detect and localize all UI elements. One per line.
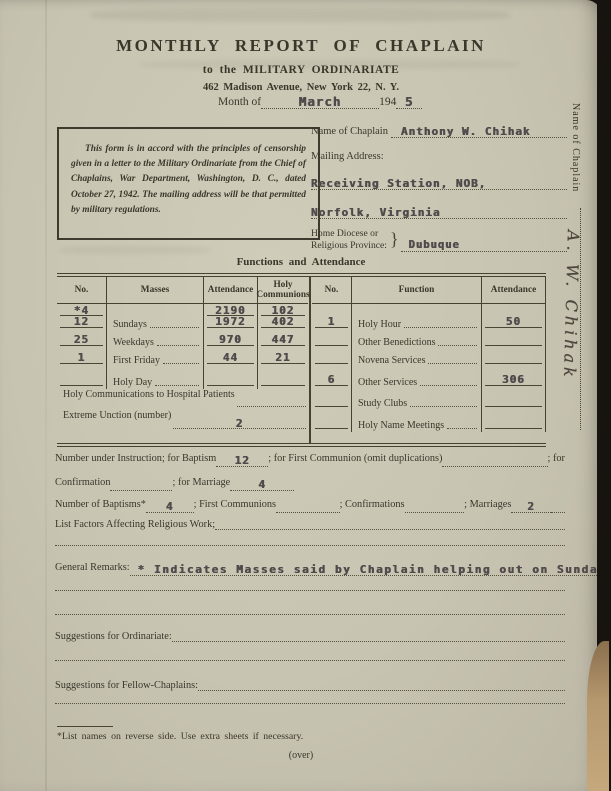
cell-label: Other Services <box>352 367 482 389</box>
cell-label: First Friday <box>107 349 204 367</box>
row-other-benedictions: Other Benedictions <box>312 331 546 349</box>
row-hospital-communions: Holy Communications to Hospital Patients <box>57 389 308 410</box>
baptisms-field: 4 <box>146 499 194 513</box>
row-label: Holy Communications to Hospital Patients <box>63 389 235 400</box>
year-prefix: 194 <box>379 96 396 108</box>
side-name-of-chaplain-label: Name of Chaplain <box>570 103 581 192</box>
cell-communions: 447 <box>258 331 308 349</box>
diocese-value: Dubuque <box>409 239 460 251</box>
cell-label: Study Clubs <box>352 389 482 410</box>
fellow-chaplains-field <box>198 690 565 691</box>
month-value: March <box>299 94 342 109</box>
value-attendance: 50 <box>482 315 545 328</box>
center-double-divider <box>309 277 311 443</box>
marriage-instruction-field: 4 <box>230 477 294 491</box>
chaplain-signature: A. W. Chihak <box>560 230 583 381</box>
cell-no: 1 <box>57 349 107 367</box>
cell-attendance <box>482 389 546 410</box>
continuation-line <box>55 660 565 661</box>
ordinariate-line: Suggestions for Ordinariate: <box>55 631 565 642</box>
fellow-chaplains-label: Suggestions for Fellow-Chaplains: <box>55 680 198 691</box>
cell-label: Weekdays <box>107 331 204 349</box>
row-other-services: 6 Other Services 306 <box>312 367 546 389</box>
form-header: MONTHLY REPORT OF CHAPLAIN to the MILITA… <box>37 0 565 93</box>
cell-label: Other Benedictions <box>352 331 482 349</box>
row-sundays: *4 12 Sundays 2190 1972 102 402 <box>57 304 308 331</box>
address-value-1: Receiving Station, NOB, <box>311 177 486 190</box>
instruction-text: Number under Instruction; for Baptism <box>55 453 216 464</box>
cell-no: 25 <box>57 331 107 349</box>
row-label: Study Clubs <box>358 398 407 409</box>
row-label: First Friday <box>113 355 160 366</box>
sacraments-text: Number of Baptisms* <box>55 499 146 510</box>
form-title: MONTHLY REPORT OF CHAPLAIN <box>37 36 565 56</box>
cell-no: 6 <box>312 367 352 389</box>
bleedthrough-smudge <box>60 246 210 254</box>
header-function: Function <box>352 277 482 303</box>
header-no: No. <box>57 277 107 303</box>
cell-no <box>312 349 352 367</box>
cell-no: 1 <box>312 304 352 331</box>
general-remarks-line: General Remarks: * Indicates Masses said… <box>55 562 565 576</box>
instruction-text: ; for First Communion (omit duplications… <box>268 453 442 464</box>
first-communion-instruction-field <box>442 466 547 467</box>
cell-attendance <box>482 410 546 432</box>
cell-no: *4 12 <box>57 304 107 331</box>
baptism-instruction-value: 12 <box>235 454 250 467</box>
row-extreme-unction: Extreme Unction (number) 2 <box>57 410 308 432</box>
name-of-chaplain-row: Name of Chaplain Anthony W. Chihak <box>311 124 567 138</box>
footnote-rule <box>57 726 113 727</box>
instruction-line-2: Confirmation ; for Marriage 4 <box>55 477 565 491</box>
functions-header-row: No. Function Attendance <box>312 277 546 304</box>
row-study-clubs: Study Clubs <box>312 389 546 410</box>
header-no: No. <box>312 277 352 303</box>
value-no: 25 <box>57 333 106 346</box>
instruction-text: ; for <box>548 453 565 464</box>
torn-page-edge <box>587 641 609 791</box>
masses-header-row: No. Masses Attendance Holy Communions <box>57 277 308 304</box>
value-attendance: 1972 <box>204 315 257 328</box>
instruction-line-1: Number under Instruction; for Baptism 12… <box>55 453 565 467</box>
row-label: Other Services <box>358 377 417 388</box>
row-holy-name-meetings: Holy Name Meetings <box>312 410 546 432</box>
bottom-double-rule <box>57 443 546 447</box>
footnote-text: *List names on reverse side. Use extra s… <box>57 731 303 742</box>
form-subtitle: to the MILITARY ORDINARIATE <box>37 64 565 76</box>
baptisms-value: 4 <box>166 500 174 513</box>
diocese-label: Home Diocese or Religious Province: <box>311 228 387 252</box>
value-communions: 21 <box>258 351 308 364</box>
cell-communions <box>258 367 308 389</box>
brace-glyph: } <box>390 229 399 250</box>
row-label: Holy Hour <box>358 319 401 330</box>
instruction-text: ; for Marriage <box>172 477 230 488</box>
cell-label: Holy Hour <box>352 304 482 331</box>
value-no: 12 <box>57 315 106 328</box>
row-label: Other Benedictions <box>358 337 435 348</box>
year-value: 5 <box>405 94 414 109</box>
censorship-notice-box: This form is in accord with the principl… <box>57 127 320 240</box>
mailing-address-line2: Norfolk, Virginia <box>311 205 567 220</box>
marriages-value: 2 <box>527 500 535 513</box>
fellow-chaplains-line: Suggestions for Fellow-Chaplains: <box>55 680 565 691</box>
continuation-line <box>55 614 565 615</box>
cell-no <box>57 367 107 389</box>
over-label: (over) <box>37 750 565 761</box>
row-label: Sundays <box>113 319 147 330</box>
value-communions: 447 <box>258 333 308 346</box>
value-no: 1 <box>312 315 351 328</box>
header-attendance: Attendance <box>482 277 546 303</box>
sacraments-line: Number of Baptisms* 4 ; First Communions… <box>55 499 565 513</box>
marriage-instruction-value: 4 <box>258 478 266 491</box>
cell-label: Sundays <box>107 304 204 331</box>
year-field: 5 <box>396 93 422 109</box>
name-label: Name of Chaplain <box>311 126 388 137</box>
chaplain-fields: Name of Chaplain Anthony W. Chihak Maili… <box>311 122 567 252</box>
continuation-line <box>55 703 565 704</box>
cell-attendance: 44 <box>204 349 258 367</box>
scanned-form-paper: MONTHLY REPORT OF CHAPLAIN to the MILITA… <box>0 0 602 791</box>
censorship-notice-text: This form is in accord with the principl… <box>71 142 306 218</box>
value-communions: 402 <box>258 315 308 328</box>
paper-crease <box>45 0 47 791</box>
ordinariate-field <box>172 641 565 642</box>
instruction-text: Confirmation <box>55 477 110 488</box>
cell-no <box>312 331 352 349</box>
address-field-2: Norfolk, Virginia <box>311 205 567 219</box>
cell-attendance <box>482 349 546 367</box>
table-heading: Functions and Attendance <box>37 256 565 268</box>
address-value-2: Norfolk, Virginia <box>311 206 441 219</box>
cell-attendance <box>482 331 546 349</box>
cell-no <box>312 410 352 432</box>
cell-no <box>312 389 352 410</box>
general-remarks-field: * Indicates Masses said by Chaplain help… <box>130 562 611 576</box>
factors-label: List Factors Affecting Religious Work; <box>55 519 215 530</box>
first-communions-field <box>276 512 340 513</box>
value-attendance: 306 <box>482 373 545 386</box>
sacraments-text: ; Marriages <box>464 499 511 510</box>
row-weekdays: 25 Weekdays 970 447 <box>57 331 308 349</box>
month-line: Month of March 194 5 <box>218 93 468 109</box>
cell-attendance: 2190 1972 <box>204 304 258 331</box>
cell-label: Holy Name Meetings <box>352 410 482 432</box>
diocese-field: Dubuque <box>401 239 567 252</box>
row-label: Weekdays <box>113 337 154 348</box>
trailing-dots <box>551 512 565 513</box>
value-no: 1 <box>57 351 106 364</box>
cell-communions: 21 <box>258 349 308 367</box>
row-novena-services: Novena Services <box>312 349 546 367</box>
masses-table: No. Masses Attendance Holy Communions *4… <box>57 277 308 443</box>
general-remarks-value: * Indicates Masses said by Chaplain help… <box>138 563 611 576</box>
month-field: March <box>261 93 379 109</box>
marriages-field: 2 <box>511 499 551 513</box>
row-first-friday: 1 First Friday 44 21 <box>57 349 308 367</box>
sacraments-text: ; Confirmations <box>340 499 405 510</box>
baptism-instruction-field: 12 <box>216 453 268 467</box>
cell-attendance: 306 <box>482 367 546 389</box>
header-holy-communions: Holy Communions <box>258 277 308 303</box>
diocese-label-line1: Home Diocese or <box>311 228 378 239</box>
value-extreme-unction: 2 <box>236 417 244 430</box>
cell-label: Holy Day <box>107 367 204 389</box>
form-address: 462 Madison Avenue, New York 22, N. Y. <box>37 82 565 93</box>
row-label: Novena Services <box>358 355 425 366</box>
header-attendance: Attendance <box>204 277 258 303</box>
name-field: Anthony W. Chihak <box>391 124 567 138</box>
diocese-label-line2: Religious Province: <box>311 240 387 251</box>
cell-attendance: 50 <box>482 304 546 331</box>
row-label: Holy Name Meetings <box>358 420 444 431</box>
functions-table: No. Function Attendance 1 Holy Hour 50 O… <box>312 277 546 443</box>
cell-label: Novena Services <box>352 349 482 367</box>
row-holy-day: Holy Day <box>57 367 308 389</box>
cell-communions: 102 402 <box>258 304 308 331</box>
home-diocese-row: Home Diocese or Religious Province: } Du… <box>311 228 567 252</box>
cell-attendance <box>204 367 258 389</box>
value-attendance: 44 <box>204 351 257 364</box>
address-field-1: Receiving Station, NOB, <box>311 176 567 190</box>
value-attendance: 970 <box>204 333 257 346</box>
mailing-address-line1: Receiving Station, NOB, <box>311 176 567 191</box>
month-label: Month of <box>218 96 261 108</box>
continuation-line <box>55 590 565 591</box>
value-no: 6 <box>312 373 351 386</box>
functions-attendance-table: No. Masses Attendance Holy Communions *4… <box>57 273 546 447</box>
confirmation-instruction-field <box>110 490 172 491</box>
factors-line: List Factors Affecting Religious Work; <box>55 519 565 530</box>
continuation-line <box>55 545 565 546</box>
row-holy-hour: 1 Holy Hour 50 <box>312 304 546 331</box>
ordinariate-label: Suggestions for Ordinariate: <box>55 631 172 642</box>
confirmations-field <box>405 512 465 513</box>
cell-attendance: 970 <box>204 331 258 349</box>
general-remarks-label: General Remarks: <box>55 562 130 573</box>
mailing-address-label: Mailing Address: <box>311 151 567 162</box>
name-value: Anthony W. Chihak <box>401 125 531 138</box>
sacraments-text: ; First Communions <box>194 499 276 510</box>
factors-field <box>215 529 565 530</box>
row-label: Holy Day <box>113 377 152 388</box>
row-label: Extreme Unction (number) <box>63 410 171 421</box>
header-masses: Masses <box>107 277 204 303</box>
